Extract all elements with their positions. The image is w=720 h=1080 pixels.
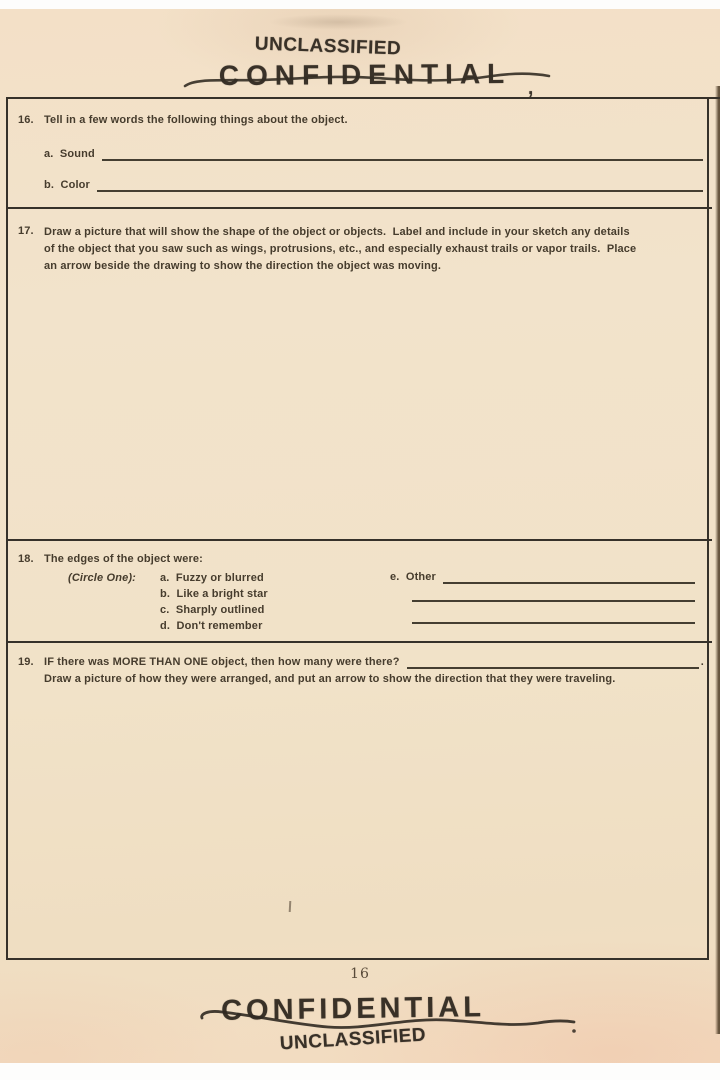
question-16-prompt: Tell in a few words the following things… bbox=[44, 113, 348, 127]
question-16: 16. Tell in a few words the following th… bbox=[18, 113, 700, 127]
how-many-answer-line[interactable] bbox=[407, 655, 699, 669]
section-divider-17-18 bbox=[6, 539, 712, 541]
color-answer-line[interactable] bbox=[97, 178, 703, 192]
option-sharply-outlined[interactable]: c. Sharply outlined bbox=[160, 603, 264, 617]
prompt-period: . bbox=[701, 655, 704, 669]
option-like-a-bright-star[interactable]: b. Like a bright star bbox=[160, 587, 268, 601]
option-other-row: e. Other bbox=[390, 570, 695, 584]
page-edge-shadow bbox=[715, 86, 720, 1034]
option-fuzzy-or-blurred[interactable]: a. Fuzzy or blurred bbox=[160, 571, 264, 585]
arrangement-drawing-area[interactable] bbox=[8, 695, 708, 955]
question-18-number: 18. bbox=[18, 552, 44, 566]
question-19-prompt: IF there was MORE THAN ONE object, then … bbox=[44, 655, 400, 669]
smudge-mark bbox=[268, 14, 408, 30]
section-divider-18-19 bbox=[6, 641, 712, 643]
question-19: 19. IF there was MORE THAN ONE object, t… bbox=[18, 655, 704, 669]
question-17-number: 17. bbox=[18, 224, 34, 238]
field-row-color: b. Color bbox=[44, 178, 703, 192]
question-19-line-2: Draw a picture of how they were arranged… bbox=[44, 672, 616, 686]
rule-extension bbox=[708, 97, 720, 99]
strikethrough-line-top bbox=[182, 66, 552, 94]
object-shape-drawing-area[interactable] bbox=[8, 278, 708, 536]
question-18-prompt: The edges of the object were: bbox=[44, 552, 203, 566]
question-16-number: 16. bbox=[18, 113, 44, 127]
section-divider-16-17 bbox=[6, 207, 712, 209]
circle-one-label: (Circle One): bbox=[68, 571, 136, 585]
scanned-document-page: UNCLASSIFIED CONFIDENTIAL , 16. Tell in … bbox=[0, 0, 720, 1080]
other-answer-line-2[interactable] bbox=[412, 600, 695, 602]
option-dont-remember[interactable]: d. Don't remember bbox=[160, 619, 263, 633]
question-18: 18. The edges of the object were: bbox=[18, 552, 700, 566]
page-number: 16 bbox=[0, 966, 720, 982]
other-answer-line-1[interactable] bbox=[443, 570, 695, 584]
other-answer-line-3[interactable] bbox=[412, 622, 695, 624]
question-17-line-1: Draw a picture that will show the shape … bbox=[44, 224, 630, 241]
question-17-line-2: of the object that you saw such as wings… bbox=[44, 241, 636, 258]
option-other-label[interactable]: e. Other bbox=[390, 570, 436, 584]
question-17-line-3: an arrow beside the drawing to show the … bbox=[44, 258, 441, 275]
field-row-sound: a. Sound bbox=[44, 147, 703, 161]
sound-answer-line[interactable] bbox=[102, 147, 703, 161]
question-19-number: 19. bbox=[18, 655, 44, 669]
color-field-label: b. Color bbox=[44, 178, 90, 192]
sound-field-label: a. Sound bbox=[44, 147, 95, 161]
